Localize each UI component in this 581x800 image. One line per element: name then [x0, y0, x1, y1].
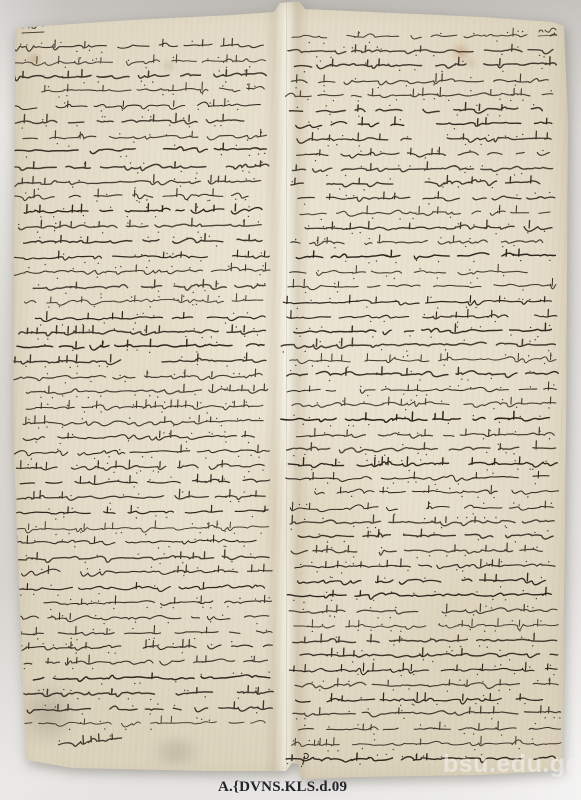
- archive-reference-code: A.{DVNS.KLS.d.09: [218, 779, 347, 796]
- manuscript-scan-viewer: A.{DVNS.KLS.d.09 bsu.edu.ge: [0, 0, 581, 800]
- page-end-mark: [297, 751, 309, 767]
- manuscript-page-left: [17, 36, 273, 730]
- handwritten-text-line: [16, 713, 280, 733]
- manuscript-paper: [12, 0, 569, 783]
- stain: [140, 740, 212, 764]
- manuscript-page-right: [294, 26, 560, 765]
- folio-number-mark-left: [19, 20, 47, 36]
- paper-shadow-wrap: [0, 0, 581, 800]
- site-watermark: bsu.edu.ge: [443, 750, 580, 779]
